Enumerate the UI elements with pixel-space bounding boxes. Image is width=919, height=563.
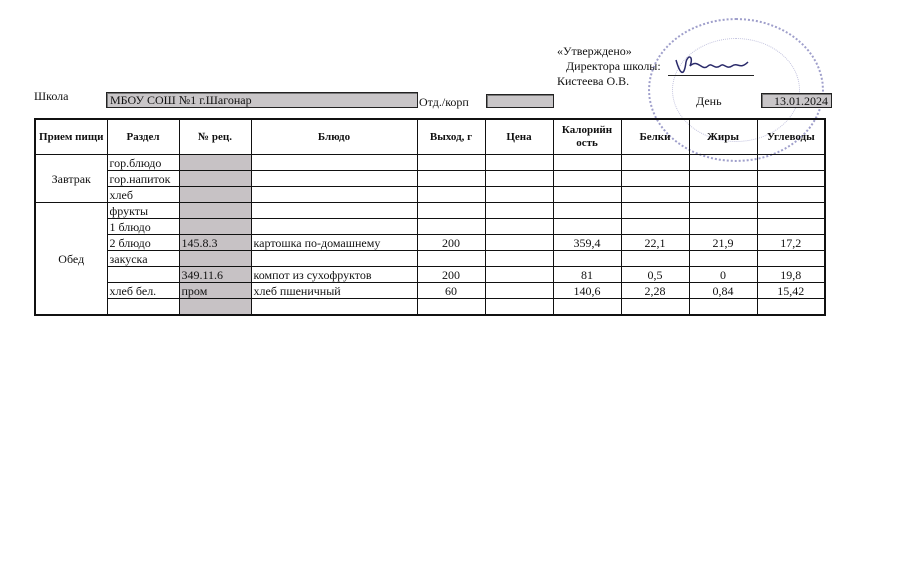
section-cell: фрукты (107, 203, 179, 219)
yield-cell (417, 155, 485, 171)
price-cell (485, 283, 553, 299)
fat-cell (689, 155, 757, 171)
col-header-carbs: Углеводы (757, 119, 825, 155)
yield-cell: 200 (417, 235, 485, 251)
carbs-cell (757, 171, 825, 187)
branch-field[interactable] (486, 94, 554, 108)
carbs-cell (757, 203, 825, 219)
section-cell: хлеб (107, 187, 179, 203)
table-row: хлеб (35, 187, 825, 203)
col-header-price: Цена (485, 119, 553, 155)
recipe-cell: пром (179, 283, 251, 299)
fat-cell: 0 (689, 267, 757, 283)
section-cell: хлеб бел. (107, 283, 179, 299)
recipe-cell (179, 187, 251, 203)
col-header-fat: Жиры (689, 119, 757, 155)
fat-cell (689, 219, 757, 235)
calories-cell (553, 203, 621, 219)
protein-cell (621, 203, 689, 219)
carbs-cell (757, 155, 825, 171)
calories-cell: 81 (553, 267, 621, 283)
dish-cell (251, 251, 417, 267)
approval-title: «Утверждено» (557, 44, 632, 59)
date-field[interactable]: 13.01.2024 (761, 93, 832, 108)
calories-cell (553, 299, 621, 316)
protein-cell (621, 155, 689, 171)
table-row: 2 блюдо145.8.3картошка по-домашнему20035… (35, 235, 825, 251)
table-row: 349.11.6компот из сухофруктов200810,5019… (35, 267, 825, 283)
protein-cell (621, 219, 689, 235)
yield-cell (417, 299, 485, 316)
table-row: гор.напиток (35, 171, 825, 187)
carbs-cell (757, 219, 825, 235)
carbs-cell: 17,2 (757, 235, 825, 251)
table-row: закуска (35, 251, 825, 267)
fat-cell (689, 299, 757, 316)
calories-cell (553, 219, 621, 235)
recipe-cell (179, 299, 251, 316)
price-cell (485, 235, 553, 251)
col-header-recipe: № рец. (179, 119, 251, 155)
dish-cell (251, 299, 417, 316)
section-cell: 1 блюдо (107, 219, 179, 235)
protein-cell (621, 171, 689, 187)
school-label: Школа (34, 89, 68, 104)
col-header-dish: Блюдо (251, 119, 417, 155)
recipe-cell: 145.8.3 (179, 235, 251, 251)
dish-cell (251, 155, 417, 171)
section-cell: гор.блюдо (107, 155, 179, 171)
dish-cell (251, 219, 417, 235)
branch-label: Отд./корп (419, 95, 469, 110)
recipe-cell (179, 155, 251, 171)
section-cell (107, 299, 179, 316)
protein-cell: 2,28 (621, 283, 689, 299)
school-field[interactable]: МБОУ СОШ №1 г.Шагонар (106, 92, 418, 108)
fat-cell (689, 171, 757, 187)
col-header-calories: Калорийн ость (553, 119, 621, 155)
yield-cell (417, 203, 485, 219)
calories-cell (553, 187, 621, 203)
calories-cell: 359,4 (553, 235, 621, 251)
calories-cell: 140,6 (553, 283, 621, 299)
yield-cell (417, 171, 485, 187)
yield-cell: 200 (417, 267, 485, 283)
table-header-row: Прием пищи Раздел № рец. Блюдо Выход, г … (35, 119, 825, 155)
recipe-cell: 349.11.6 (179, 267, 251, 283)
carbs-cell (757, 251, 825, 267)
price-cell (485, 251, 553, 267)
section-cell: закуска (107, 251, 179, 267)
yield-cell (417, 251, 485, 267)
recipe-cell (179, 171, 251, 187)
dish-cell (251, 171, 417, 187)
dish-cell (251, 187, 417, 203)
section-cell (107, 267, 179, 283)
carbs-cell (757, 299, 825, 316)
yield-cell (417, 219, 485, 235)
carbs-cell: 19,8 (757, 267, 825, 283)
menu-table-body: Завтракгор.блюдогор.напитокхлебОбедфрукт… (35, 155, 825, 316)
recipe-cell (179, 203, 251, 219)
dish-cell (251, 203, 417, 219)
meal-cell: Обед (35, 203, 107, 316)
signature-line (668, 75, 754, 76)
calories-cell (553, 155, 621, 171)
approval-position: Директора школы: (566, 59, 661, 74)
menu-table: Прием пищи Раздел № рец. Блюдо Выход, г … (34, 118, 826, 316)
dish-cell: компот из сухофруктов (251, 267, 417, 283)
carbs-cell (757, 187, 825, 203)
recipe-cell (179, 251, 251, 267)
price-cell (485, 187, 553, 203)
calories-cell (553, 171, 621, 187)
day-label: День (696, 94, 722, 109)
protein-cell: 22,1 (621, 235, 689, 251)
protein-cell (621, 299, 689, 316)
col-header-meal: Прием пищи (35, 119, 107, 155)
carbs-cell: 15,42 (757, 283, 825, 299)
price-cell (485, 155, 553, 171)
price-cell (485, 267, 553, 283)
table-row (35, 299, 825, 316)
yield-cell (417, 187, 485, 203)
price-cell (485, 299, 553, 316)
table-row: Завтракгор.блюдо (35, 155, 825, 171)
table-row: Обедфрукты (35, 203, 825, 219)
protein-cell (621, 187, 689, 203)
price-cell (485, 203, 553, 219)
price-cell (485, 219, 553, 235)
fat-cell: 21,9 (689, 235, 757, 251)
col-header-protein: Белки (621, 119, 689, 155)
fat-cell (689, 251, 757, 267)
table-row: хлеб бел.промхлеб пшеничный60140,62,280,… (35, 283, 825, 299)
dish-cell: хлеб пшеничный (251, 283, 417, 299)
signature-icon (668, 52, 758, 82)
approval-name: Кистеева О.В. (557, 74, 629, 89)
section-cell: 2 блюдо (107, 235, 179, 251)
col-header-section: Раздел (107, 119, 179, 155)
fat-cell (689, 187, 757, 203)
protein-cell: 0,5 (621, 267, 689, 283)
table-row: 1 блюдо (35, 219, 825, 235)
dish-cell: картошка по-домашнему (251, 235, 417, 251)
price-cell (485, 171, 553, 187)
protein-cell (621, 251, 689, 267)
fat-cell (689, 203, 757, 219)
calories-cell (553, 251, 621, 267)
fat-cell: 0,84 (689, 283, 757, 299)
yield-cell: 60 (417, 283, 485, 299)
section-cell: гор.напиток (107, 171, 179, 187)
col-header-yield: Выход, г (417, 119, 485, 155)
meal-cell: Завтрак (35, 155, 107, 203)
recipe-cell (179, 219, 251, 235)
